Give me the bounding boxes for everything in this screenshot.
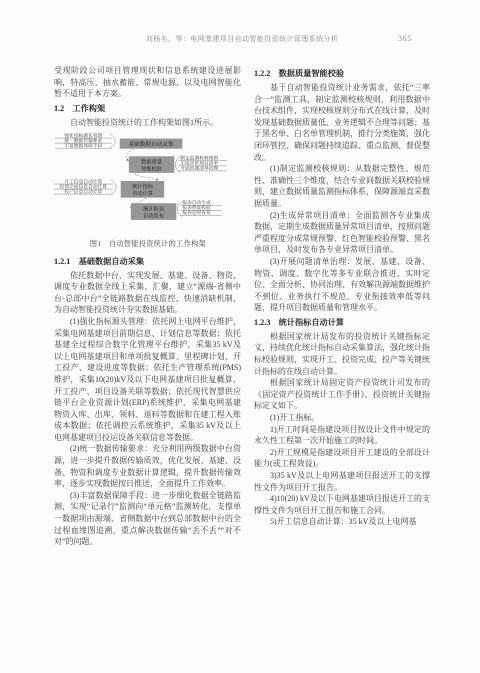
flow-box-label: 自动发布 <box>143 212 165 220</box>
flow-box-label: 统计报表 <box>143 205 165 213</box>
section-heading-1-2-3: 1.2.3 统计指标自动计算 <box>254 317 430 329</box>
paragraph: 4)10(20) kV及以下电网基建项目报送开工的支撑性文件为项目开工报告和施工… <box>254 493 430 516</box>
flow-connector <box>135 174 158 181</box>
flow-box-label: 数据质量 <box>141 158 162 166</box>
paragraph: (3)开展问题清单治理：发展、基建、设备、物资、调度、数字化等多专业联合推进，实… <box>254 256 430 314</box>
flow-box-label: 基础数据自动采集 <box>128 140 173 148</box>
two-column-layout: 受现阶段公司项目管理现状和信息系统建设进展影响，特高压、抽水蓄能、常规电源、以及… <box>0 45 480 548</box>
flow-box-basic-data-collection: 基础数据自动采集 <box>120 139 183 149</box>
flow-label-group-report-actions: 报表自动生成 报表智能校验 报表定时发布 <box>177 199 221 217</box>
flow-box-label: 统计指标 <box>132 182 154 190</box>
flow-label: 制定监测校核规则 <box>180 155 218 162</box>
paragraph: 基于自动智能投资统计业务需求，依托“三率合一”监测工具，制定监测校核规则，利用数… <box>254 82 430 163</box>
flow-label: 报表自动生成 <box>182 199 211 206</box>
paragraph: 受现阶段公司项目管理现状和信息系统建设进展影响，特高压、抽水蓄能、常规电源、以及… <box>54 65 241 100</box>
paragraph: 自动智能投资统计的工作构架如图1所示。 <box>54 117 241 129</box>
paragraph: 2)开工规模是指建设项目开工建设的全部设计能力(或工程效益)。 <box>254 447 430 470</box>
flow-box-data-quality-check: 数据质量 智能校验 <box>129 157 174 174</box>
flowchart: 强化指标源头管理 统一数据传输要求 丰富数据保障手段 基础数据自动采集 <box>52 132 244 233</box>
paragraph: (2)生成异常项目清单：全面监测各专业集成数据，定期生成数据质量异常项目清单，按… <box>254 210 430 256</box>
paragraph: 根据国家统计局发布的投资统计关键指标定义，持续优化统计指标自动采集算法，强化统计… <box>254 331 430 377</box>
flow-label-group-indicator-calcs: 开工信息自动计算 投资完成信息自动计算 投产信息自动计算 <box>54 178 116 195</box>
paragraph: 依托数据中台，实现发展、基建、设备、物资、调度专业数据全线上采集、汇聚，建立“源… <box>54 270 241 316</box>
figure-1: 强化指标源头管理 统一数据传输要求 丰富数据保障手段 基础数据自动采集 <box>52 132 244 250</box>
page-number: 365 <box>398 33 412 43</box>
paragraph: 根据国家统计局固定资产投资统计司发布的《固定资产投资统计工作手册》，投资统计关键… <box>254 377 430 412</box>
column-left: 受现阶段公司项目管理现状和信息系统建设进展影响，特高压、抽水蓄能、常规电源、以及… <box>54 65 241 548</box>
flow-label: 开工信息自动计算 <box>64 178 102 185</box>
flow-label-group-quality-actions: 制定监测校核规则 生成异常项目清单 开展问题清单治理 <box>175 155 227 173</box>
flow-box-label: 智能校验 <box>141 165 163 173</box>
section-heading-1-2: 1.2 工作构架 <box>54 103 241 115</box>
paragraph: 1)开工时间是指建设项目按设计文件中规定的永久性工程第一次开始施工的时间。 <box>254 424 430 447</box>
flow-box-label: 自动计算 <box>132 190 154 198</box>
paragraph: (1)强化指标源头管理：依托网上电网平台维护，采集电网基建项目前期信息、计划信息… <box>54 316 241 444</box>
page-header: 刘杨名，等：电网基建项目自动智能投资统计管理系统分析 365 <box>54 34 430 45</box>
flow-label-group-data-sources: 强化指标源头管理 统一数据传输要求 丰富数据保障手段 <box>55 132 115 149</box>
paragraph: (1)制定监测校核规则：从数据完整性、规范性、准确性三个维度，结合专业间数据关联… <box>254 163 430 209</box>
paragraph: (2)统一数据传输要求：充分利用两级数据中台资源，进一步提升数据传输质效，优化发… <box>54 443 241 489</box>
figure-caption: 图1 自动智能投资统计的工作构架 <box>52 239 244 251</box>
paragraph: 5)开工信息自动计算：35 kV及以上电网基 <box>254 516 430 528</box>
flow-box-indicator-auto-calc: 统计指标 自动计算 <box>121 181 164 198</box>
section-heading-1-2-2: 1.2.2 数据质量智能校验 <box>254 68 430 80</box>
paragraph: 3)35 kV及以上电网基建项目报送开工的支撑性文件为项目开工报告。 <box>254 470 430 493</box>
header-title: 刘杨名，等：电网基建项目自动智能投资统计管理系统分析 <box>146 35 338 43</box>
flow-box-report-auto-publish: 统计报表 自动发布 <box>131 204 176 221</box>
section-heading-1-2-1: 1.2.1 基础数据自动采集 <box>54 256 241 268</box>
paragraph: (3)丰富数据保障手段：进一步细化数据全链路监测，实现“记录行”监测向“单元格”… <box>54 490 241 548</box>
paragraph: (1)开工指标。 <box>254 412 430 424</box>
column-right: 1.2.2 数据质量智能校验 基于自动智能投资统计业务需求，依托“三率合一”监测… <box>254 65 430 548</box>
flow-label: 强化指标源头管理 <box>64 132 102 139</box>
